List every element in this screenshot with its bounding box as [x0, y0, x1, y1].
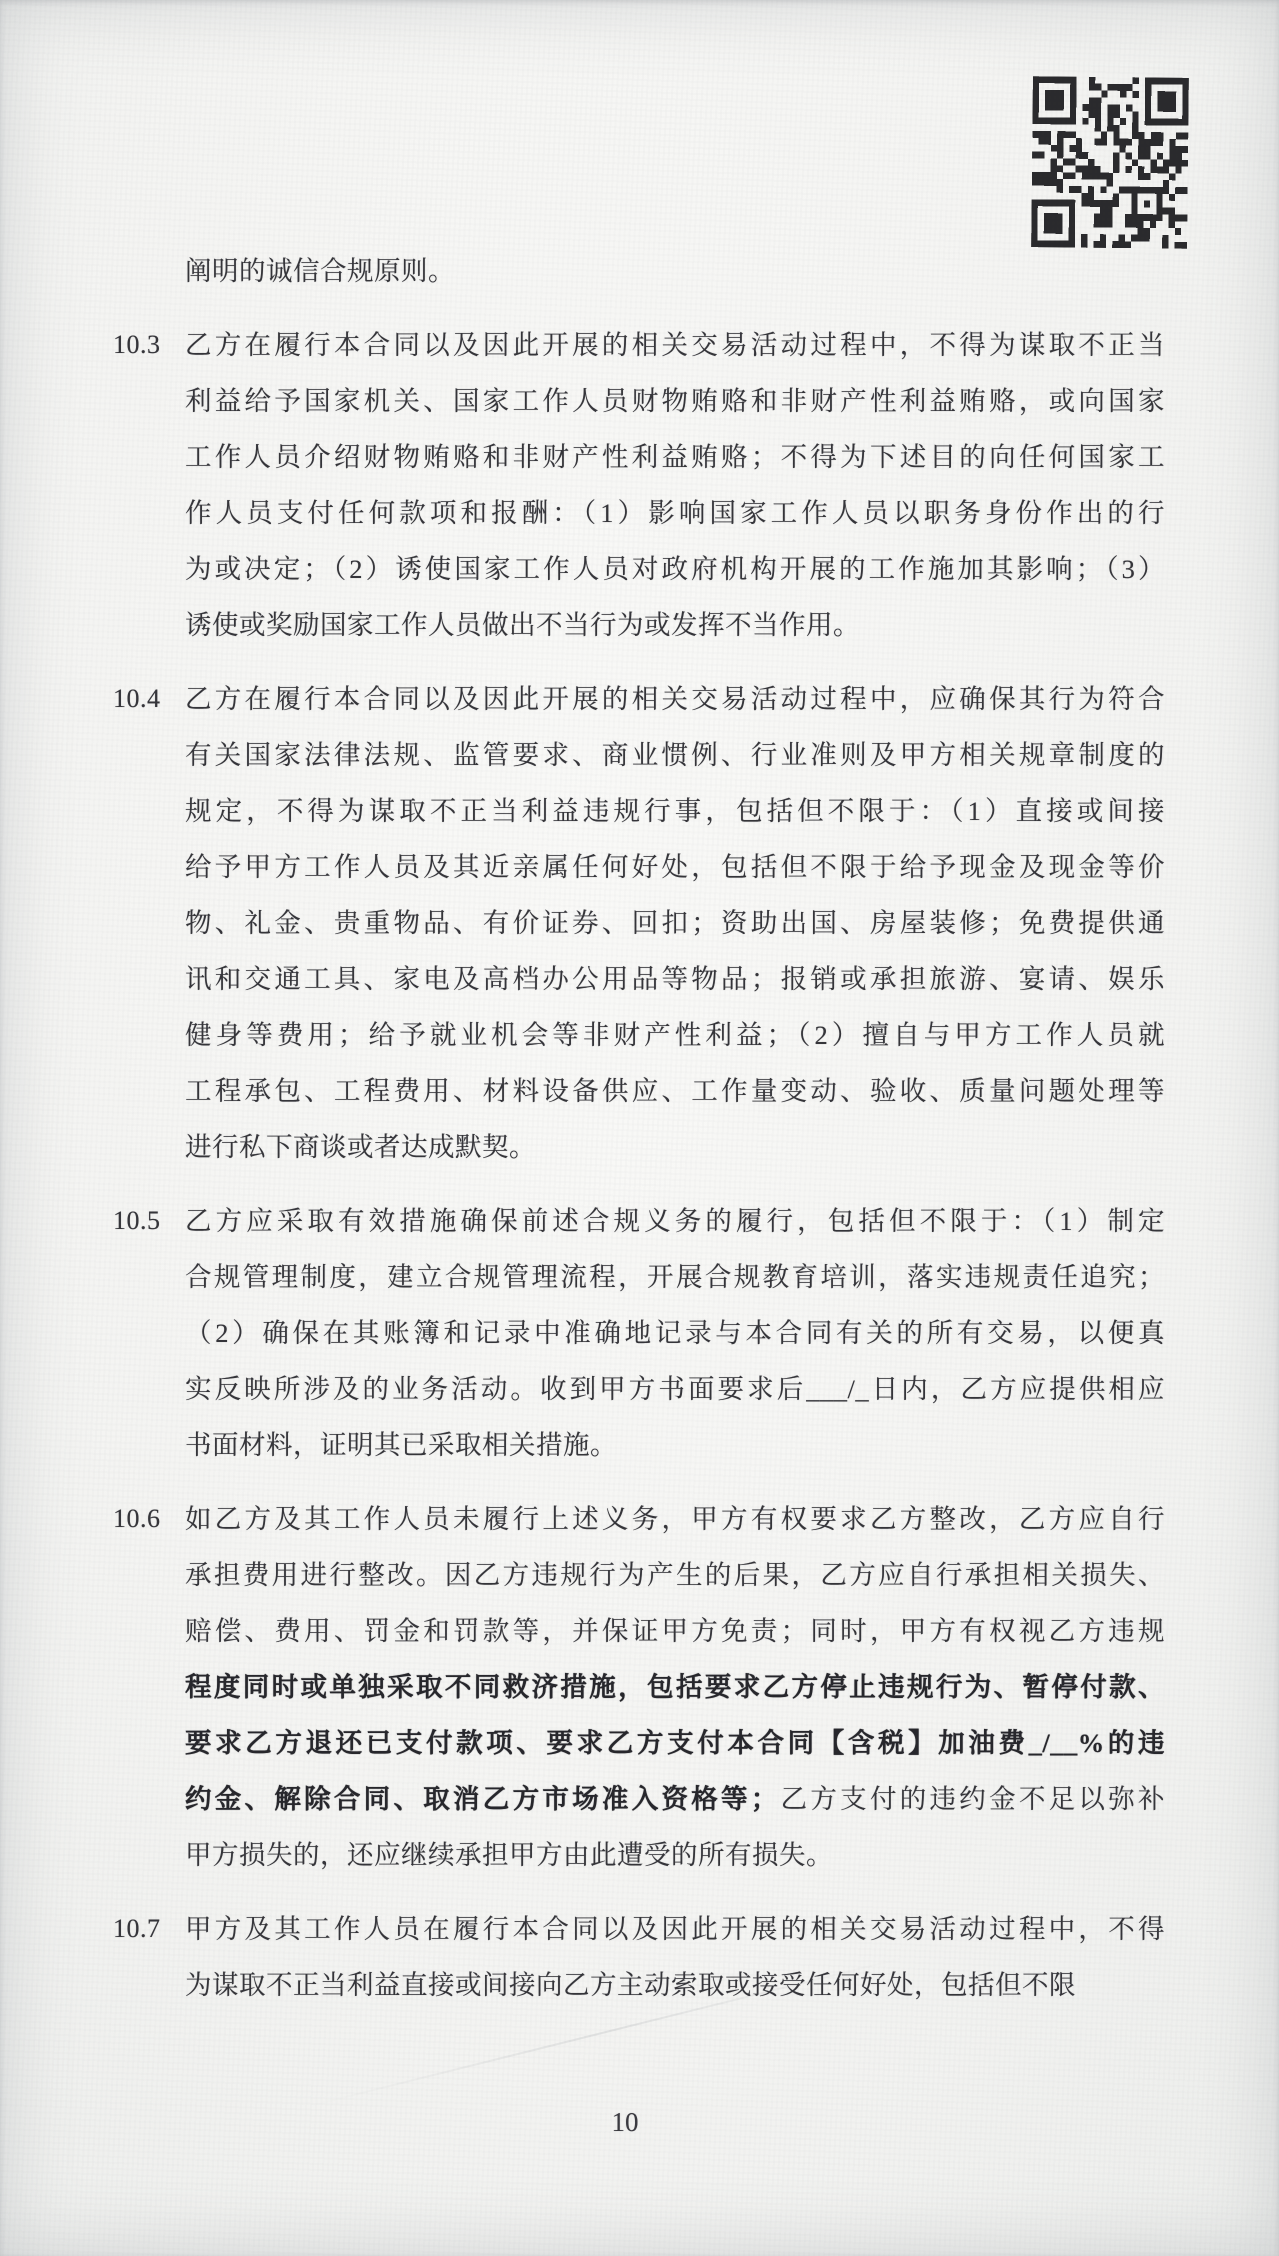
- clause-text: 承担费用进行整改。因乙方违规行为产生的后果，乙方应自行承担相关损失、: [185, 1560, 1165, 1590]
- clause-line: 实反映所涉及的业务活动。收到甲方书面要求后___/_日内，乙方应提供相应: [185, 1361, 1165, 1417]
- clause-number: 10.3: [113, 317, 185, 653]
- contract-clause: 10.4 乙方在履行本合同以及因此开展的相关交易活动过程中，应确保其行为符合有关…: [113, 671, 1165, 1175]
- clause-text: 利益给予国家机关、国家工作人员财物贿赂和非财产性利益贿赂，或向国家: [185, 386, 1165, 416]
- qr-code-image: [1031, 76, 1189, 249]
- clause-line: 利益给予国家机关、国家工作人员财物贿赂和非财产性利益贿赂，或向国家: [185, 373, 1165, 429]
- clause-number: 10.7: [113, 1901, 185, 2013]
- clause-line: 如乙方及其工作人员未履行上述义务，甲方有权要求乙方整改，乙方应自行: [185, 1491, 1165, 1547]
- clause-text: 物、礼金、贵重物品、有价证券、回扣；资助出国、房屋装修；免费提供通: [185, 908, 1165, 938]
- clause-text: 乙方支付的违约金不足以弥补: [778, 1784, 1165, 1814]
- clause-text: 阐明的诚信合规原则。: [185, 256, 455, 286]
- clause-body: 乙方在履行本合同以及因此开展的相关交易活动过程中，应确保其行为符合有关国家法律法…: [185, 671, 1165, 1175]
- clause-text: 进行私下商谈或者达成默契。: [185, 1132, 536, 1162]
- clause-line: 进行私下商谈或者达成默契。: [185, 1119, 1165, 1175]
- clause-line: 乙方应采取有效措施确保前述合规义务的履行，包括但不限于：（1）制定: [185, 1193, 1165, 1249]
- clause-line: 工程承包、工程费用、材料设备供应、工作量变动、验收、质量问题处理等: [185, 1063, 1165, 1119]
- clause-line: 物、礼金、贵重物品、有价证券、回扣；资助出国、房屋装修；免费提供通: [185, 895, 1165, 951]
- clause-body: 甲方及其工作人员在履行本合同以及因此开展的相关交易活动过程中，不得为谋取不正当利…: [185, 1901, 1165, 2013]
- clause-line: 有关国家法律法规、监管要求、商业惯例、行业准则及甲方相关规章制度的: [185, 727, 1165, 783]
- clause-line: 甲方及其工作人员在履行本合同以及因此开展的相关交易活动过程中，不得: [185, 1901, 1165, 1957]
- clause-line: 工作人员介绍财物贿赂和非财产性利益贿赂；不得为下述目的向任何国家工: [185, 429, 1165, 485]
- clause-text: 诱使或奖励国家工作人员做出不当行为或发挥不当作用。: [185, 610, 860, 640]
- clause-line: 诱使或奖励国家工作人员做出不当行为或发挥不当作用。: [185, 597, 1165, 653]
- clause-line: （2）确保在其账簿和记录中准确地记录与本合同有关的所有交易，以便真: [185, 1305, 1165, 1361]
- clause-text: 工作人员介绍财物贿赂和非财产性利益贿赂；不得为下述目的向任何国家工: [185, 442, 1165, 472]
- clause-text-bold: 约金、解除合同、取消乙方市场准入资格等；: [185, 1784, 778, 1814]
- clause-number: [113, 243, 185, 299]
- clause-text: 为谋取不正当利益直接或间接向乙方主动索取或接受任何好处，包括但不限: [185, 1970, 1076, 2000]
- clause-line: 规定，不得为谋取不正当利益违规行事，包括但不限于：（1）直接或间接: [185, 783, 1165, 839]
- contract-body: 阐明的诚信合规原则。 10.3 乙方在履行本合同以及因此开展的相关交易活动过程中…: [113, 243, 1165, 2013]
- clause-number: 10.6: [113, 1491, 185, 1883]
- clause-text: 乙方在履行本合同以及因此开展的相关交易活动过程中，应确保其行为符合: [185, 684, 1165, 714]
- clause-text: 为或决定；（2）诱使国家工作人员对政府机构开展的工作施加其影响；（3）: [185, 554, 1165, 584]
- contract-clause: 10.5 乙方应采取有效措施确保前述合规义务的履行，包括但不限于：（1）制定合规…: [113, 1193, 1165, 1473]
- clause-body: 阐明的诚信合规原则。: [185, 243, 1165, 299]
- contract-clause: 阐明的诚信合规原则。: [113, 243, 1165, 299]
- clause-text-bold: 要求乙方退还已支付款项、要求乙方支付本合同【含税】加油费_/__%的违: [185, 1728, 1165, 1758]
- clause-line: 书面材料，证明其已采取相关措施。: [185, 1417, 1165, 1473]
- page-number: 10: [0, 2100, 1250, 2144]
- clause-number: 10.5: [113, 1193, 185, 1473]
- clause-line: 要求乙方退还已支付款项、要求乙方支付本合同【含税】加油费_/__%的违: [185, 1715, 1165, 1771]
- clause-body: 乙方在履行本合同以及因此开展的相关交易活动过程中，不得为谋取不正当利益给予国家机…: [185, 317, 1165, 653]
- document-page: 阐明的诚信合规原则。 10.3 乙方在履行本合同以及因此开展的相关交易活动过程中…: [0, 0, 1279, 2256]
- clause-line: 讯和交通工具、家电及高档办公用品等物品；报销或承担旅游、宴请、娱乐: [185, 951, 1165, 1007]
- contract-clause: 10.7 甲方及其工作人员在履行本合同以及因此开展的相关交易活动过程中，不得为谋…: [113, 1901, 1165, 2013]
- clause-text: 讯和交通工具、家电及高档办公用品等物品；报销或承担旅游、宴请、娱乐: [185, 964, 1165, 994]
- clause-text: 赔偿、费用、罚金和罚款等，并保证甲方免责；同时，甲方有权视乙方违规: [185, 1616, 1165, 1646]
- clause-line: 给予甲方工作人员及其近亲属任何好处，包括但不限于给予现金及现金等价: [185, 839, 1165, 895]
- clause-text: （2）确保在其账簿和记录中准确地记录与本合同有关的所有交易，以便真: [185, 1318, 1165, 1348]
- clause-text: 乙方在履行本合同以及因此开展的相关交易活动过程中，不得为谋取不正当: [185, 330, 1165, 360]
- clause-line: 合规管理制度，建立合规管理流程，开展合规教育培训，落实违规责任追究；: [185, 1249, 1165, 1305]
- clause-line: 健身等费用；给予就业机会等非财产性利益；（2）擅自与甲方工作人员就: [185, 1007, 1165, 1063]
- clause-text: 作人员支付任何款项和报酬：（1）影响国家工作人员以职务身份作出的行: [185, 498, 1165, 528]
- clause-text: 健身等费用；给予就业机会等非财产性利益；（2）擅自与甲方工作人员就: [185, 1020, 1165, 1050]
- clause-text: 如乙方及其工作人员未履行上述义务，甲方有权要求乙方整改，乙方应自行: [185, 1504, 1165, 1534]
- clause-text: 工程承包、工程费用、材料设备供应、工作量变动、验收、质量问题处理等: [185, 1076, 1165, 1106]
- clause-line: 乙方在履行本合同以及因此开展的相关交易活动过程中，不得为谋取不正当: [185, 317, 1165, 373]
- clause-line: 承担费用进行整改。因乙方违规行为产生的后果，乙方应自行承担相关损失、: [185, 1547, 1165, 1603]
- clause-text-bold: 程度同时或单独采取不同救济措施，包括要求乙方停止违规行为、暂停付款、: [185, 1672, 1165, 1702]
- clause-text: 规定，不得为谋取不正当利益违规行事，包括但不限于：（1）直接或间接: [185, 796, 1165, 826]
- clause-number: 10.4: [113, 671, 185, 1175]
- clause-text: 合规管理制度，建立合规管理流程，开展合规教育培训，落实违规责任追究；: [185, 1262, 1165, 1292]
- clause-text: 甲方及其工作人员在履行本合同以及因此开展的相关交易活动过程中，不得: [185, 1914, 1165, 1944]
- clause-text: 给予甲方工作人员及其近亲属任何好处，包括但不限于给予现金及现金等价: [185, 852, 1165, 882]
- clause-line: 甲方损失的，还应继续承担甲方由此遭受的所有损失。: [185, 1827, 1165, 1883]
- clause-body: 如乙方及其工作人员未履行上述义务，甲方有权要求乙方整改，乙方应自行承担费用进行整…: [185, 1491, 1165, 1883]
- clause-line: 约金、解除合同、取消乙方市场准入资格等；乙方支付的违约金不足以弥补: [185, 1771, 1165, 1827]
- clause-line: 阐明的诚信合规原则。: [185, 243, 1165, 299]
- clause-text: 有关国家法律法规、监管要求、商业惯例、行业准则及甲方相关规章制度的: [185, 740, 1165, 770]
- clause-line: 乙方在履行本合同以及因此开展的相关交易活动过程中，应确保其行为符合: [185, 671, 1165, 727]
- clause-body: 乙方应采取有效措施确保前述合规义务的履行，包括但不限于：（1）制定合规管理制度，…: [185, 1193, 1165, 1473]
- contract-clause: 10.6 如乙方及其工作人员未履行上述义务，甲方有权要求乙方整改，乙方应自行承担…: [113, 1491, 1165, 1883]
- contract-clause: 10.3 乙方在履行本合同以及因此开展的相关交易活动过程中，不得为谋取不正当利益…: [113, 317, 1165, 653]
- clause-text: 甲方损失的，还应继续承担甲方由此遭受的所有损失。: [185, 1840, 833, 1870]
- clause-line: 为谋取不正当利益直接或间接向乙方主动索取或接受任何好处，包括但不限: [185, 1957, 1165, 2013]
- clause-text: 实反映所涉及的业务活动。收到甲方书面要求后___/_日内，乙方应提供相应: [185, 1374, 1165, 1404]
- clause-line: 为或决定；（2）诱使国家工作人员对政府机构开展的工作施加其影响；（3）: [185, 541, 1165, 597]
- clause-text: 乙方应采取有效措施确保前述合规义务的履行，包括但不限于：（1）制定: [185, 1206, 1165, 1236]
- clause-line: 作人员支付任何款项和报酬：（1）影响国家工作人员以职务身份作出的行: [185, 485, 1165, 541]
- clause-text: 书面材料，证明其已采取相关措施。: [185, 1430, 617, 1460]
- clause-line: 赔偿、费用、罚金和罚款等，并保证甲方免责；同时，甲方有权视乙方违规: [185, 1603, 1165, 1659]
- clause-line: 程度同时或单独采取不同救济措施，包括要求乙方停止违规行为、暂停付款、: [185, 1659, 1165, 1715]
